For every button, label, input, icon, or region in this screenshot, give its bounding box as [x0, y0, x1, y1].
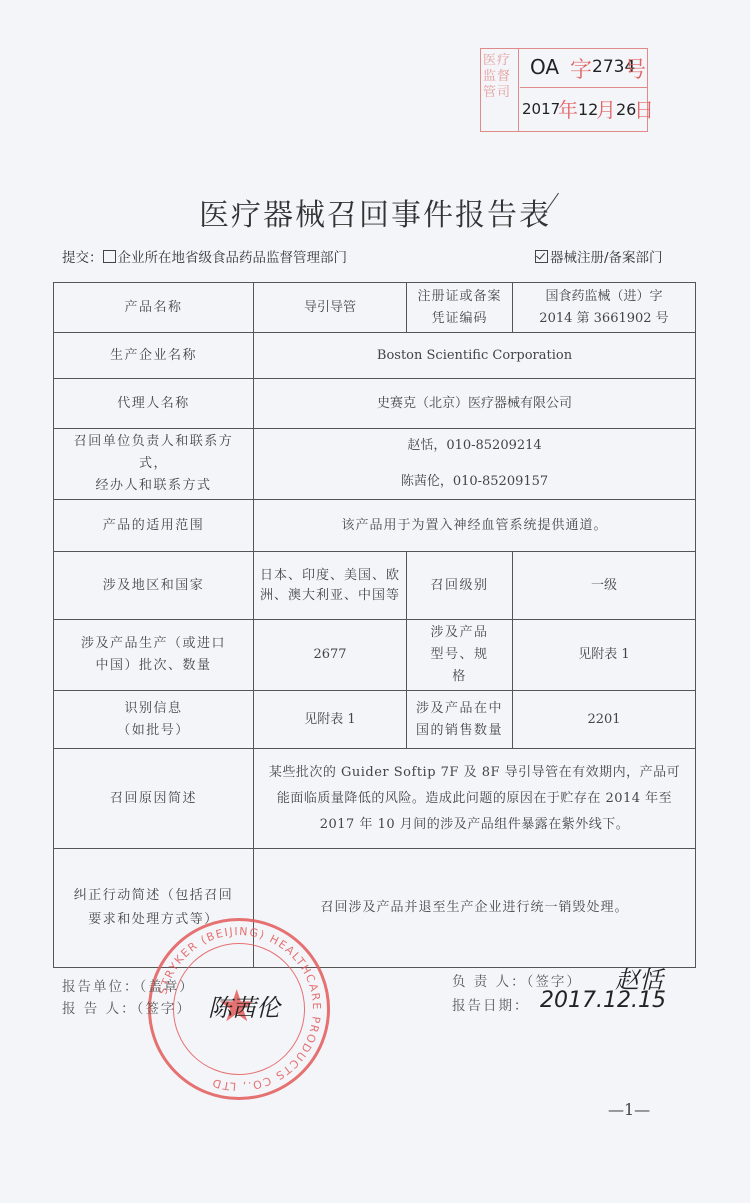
receipt-zi: 字: [570, 53, 592, 84]
contact-2: 陈茜伦，010-85209157: [260, 471, 689, 493]
batch-qty-value: 2677: [254, 620, 407, 691]
report-date: 2017.12.15: [540, 988, 666, 1013]
submit-option-2: 器械注册/备案部门: [535, 246, 663, 266]
reporter-hint: （签字）: [137, 1001, 192, 1017]
product-name-label: 产品名称: [54, 283, 254, 333]
page-title: 医疗器械召回事件报告表: [0, 190, 750, 234]
manufacturer-label: 生产企业名称: [54, 333, 254, 379]
receipt-nian: 年: [558, 94, 578, 123]
reg-no-label: 注册证或备案凭证编码: [407, 283, 513, 333]
reason-label: 召回原因简述: [54, 749, 254, 849]
model-label: 涉及产品型号、规格: [407, 620, 513, 691]
china-sales-value: 2201: [513, 691, 696, 749]
id-info-label-line1: 识别信息: [60, 698, 247, 720]
receipt-year: 2017: [522, 100, 560, 118]
row-batch: 涉及产品生产（或进口中国）批次、数量 2677 涉及产品型号、规格 见附表 1: [54, 620, 696, 691]
submit-option-1-label: 企业所在地省级食品药品监督管理部门: [118, 250, 348, 266]
checked-checkbox-icon[interactable]: [535, 250, 548, 263]
china-sales-label: 涉及产品在中国的销售数量: [407, 691, 513, 749]
batch-qty-label: 涉及产品生产（或进口中国）批次、数量: [54, 620, 254, 691]
row-product-name: 产品名称 导引导管 注册证或备案凭证编码 国食药监械（进）字 2014 第 36…: [54, 283, 696, 333]
receipt-prefix: OA: [530, 55, 559, 79]
receipt-yue: 月: [596, 94, 616, 123]
row-reason: 召回原因简述 某些批次的 Guider Softip 7F 及 8F 导引导管在…: [54, 749, 696, 849]
manufacturer-value: Boston Scientific Corporation: [254, 333, 696, 379]
product-name-value: 导引导管: [254, 283, 407, 333]
row-scope: 产品的适用范围 该产品用于为置入神经血管系统提供通道。: [54, 500, 696, 552]
agent-value: 史赛克（北京）医疗器械有限公司: [254, 379, 696, 429]
recall-level-value: 一级: [513, 552, 696, 620]
id-info-label: 识别信息 （如批号）: [54, 691, 254, 749]
stamp-org-line: 管司: [483, 85, 516, 101]
receipt-hao: 号: [624, 53, 646, 84]
scope-value: 该产品用于为置入神经血管系统提供通道。: [254, 500, 696, 552]
row-regions: 涉及地区和国家 日本、印度、美国、欧洲、澳大利亚、中国等 召回级别 一级: [54, 552, 696, 620]
regions-value: 日本、印度、美国、欧洲、澳大利亚、中国等: [254, 552, 407, 620]
report-unit-label: 报告单位：: [62, 979, 140, 995]
recall-level-label: 召回级别: [407, 552, 513, 620]
receipt-stamp-org: 医疗 监督 管司: [481, 49, 519, 131]
reg-no-line2: 2014 第 3661902 号: [519, 308, 689, 330]
receipt-number-row: OA 字 2734 号: [520, 49, 647, 88]
row-manufacturer: 生产企业名称 Boston Scientific Corporation: [54, 333, 696, 379]
row-contact: 召回单位负责人和联系方式， 经办人和联系方式 赵恬，010-85209214 陈…: [54, 429, 696, 500]
row-action: 纠正行动简述（包括召回要求和处理方式等） 召回涉及产品并退至生产企业进行统一销毁…: [54, 849, 696, 968]
id-info-label-line2: （如批号）: [60, 720, 247, 742]
stamp-org-line: 医疗: [483, 53, 516, 69]
responsible-line: 负 责 人：（签字）: [452, 970, 582, 990]
submit-option-2-label: 器械注册/备案部门: [550, 250, 663, 266]
responsible-label: 负 责 人：: [452, 974, 527, 990]
submit-label: 提交：: [62, 250, 103, 266]
agent-label: 代理人名称: [54, 379, 254, 429]
row-id-info: 识别信息 （如批号） 见附表 1 涉及产品在中国的销售数量 2201: [54, 691, 696, 749]
reporter-signature: 陈茜伦: [208, 988, 280, 1023]
page-number: —1—: [608, 1100, 650, 1119]
contact-label-line1: 召回单位负责人和联系方式，: [60, 431, 247, 475]
contact-1: 赵恬，010-85209214: [260, 435, 689, 457]
reg-no-line1: 国食药监械（进）字: [519, 286, 689, 308]
contact-value: 赵恬，010-85209214 陈茜伦，010-85209157: [254, 429, 696, 500]
report-unit-hint: （盖章）: [140, 979, 195, 995]
receipt-stamp: 医疗 监督 管司 OA 字 2734 号 2017 年 12 月 26 日: [480, 48, 648, 132]
id-info-value: 见附表 1: [254, 691, 407, 749]
receipt-ri: 日: [634, 94, 654, 123]
contact-label: 召回单位负责人和联系方式， 经办人和联系方式: [54, 429, 254, 500]
contact-label-line2: 经办人和联系方式: [60, 475, 247, 497]
date-label: 报告日期：: [452, 998, 530, 1014]
row-agent: 代理人名称 史赛克（北京）医疗器械有限公司: [54, 379, 696, 429]
regions-label: 涉及地区和国家: [54, 552, 254, 620]
model-value: 见附表 1: [513, 620, 696, 691]
reporter-label: 报 告 人：: [62, 1001, 137, 1017]
reg-no-value: 国食药监械（进）字 2014 第 3661902 号: [513, 283, 696, 333]
submit-option-1: 提交：企业所在地省级食品药品监督管理部门: [62, 246, 347, 266]
report-unit-line: 报告单位：（盖章）: [62, 975, 195, 995]
checkbox-icon[interactable]: [103, 250, 116, 263]
stamp-org-line: 监督: [483, 69, 516, 85]
reason-value: 某些批次的 Guider Softip 7F 及 8F 导引导管在有效期内，产品…: [254, 749, 696, 849]
recall-report-table: 产品名称 导引导管 注册证或备案凭证编码 国食药监械（进）字 2014 第 36…: [53, 282, 696, 968]
receipt-date-row: 2017 年 12 月 26 日: [520, 88, 647, 131]
reporter-line: 报 告 人：（签字）: [62, 997, 192, 1017]
scope-label: 产品的适用范围: [54, 500, 254, 552]
date-line: 报告日期：: [452, 994, 530, 1014]
